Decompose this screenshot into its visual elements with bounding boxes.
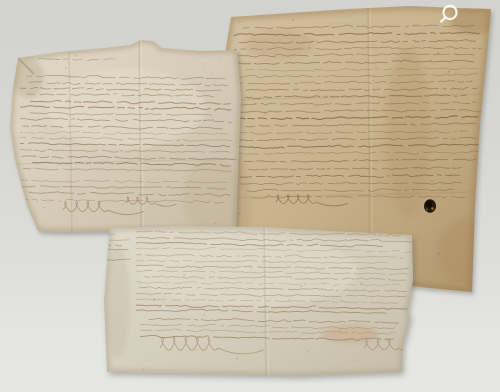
manuscript-bottom [98,222,420,382]
magnifier-icon[interactable] [436,1,464,29]
manuscript-left [8,38,244,240]
auction-photo [0,0,500,392]
wax-seal-spot [424,199,436,213]
